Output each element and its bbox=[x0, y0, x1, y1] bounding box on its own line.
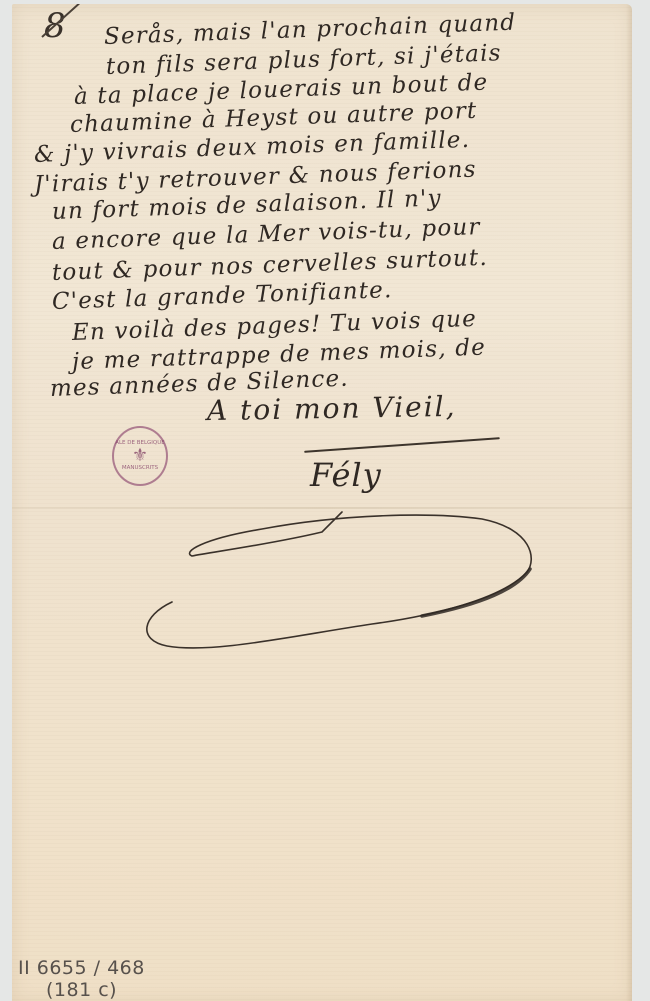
catalog-line-2: (181 c) bbox=[18, 979, 145, 1001]
letter-scan: 8 Serås, mais l'an prochain quand ton fi… bbox=[0, 0, 650, 1001]
catalog-line-1: II 6655 / 468 bbox=[18, 957, 145, 979]
signature-flourish bbox=[12, 4, 632, 1001]
catalog-number: II 6655 / 468 (181 c) bbox=[18, 957, 145, 1001]
letter-paper: 8 Serås, mais l'an prochain quand ton fi… bbox=[12, 4, 632, 1001]
